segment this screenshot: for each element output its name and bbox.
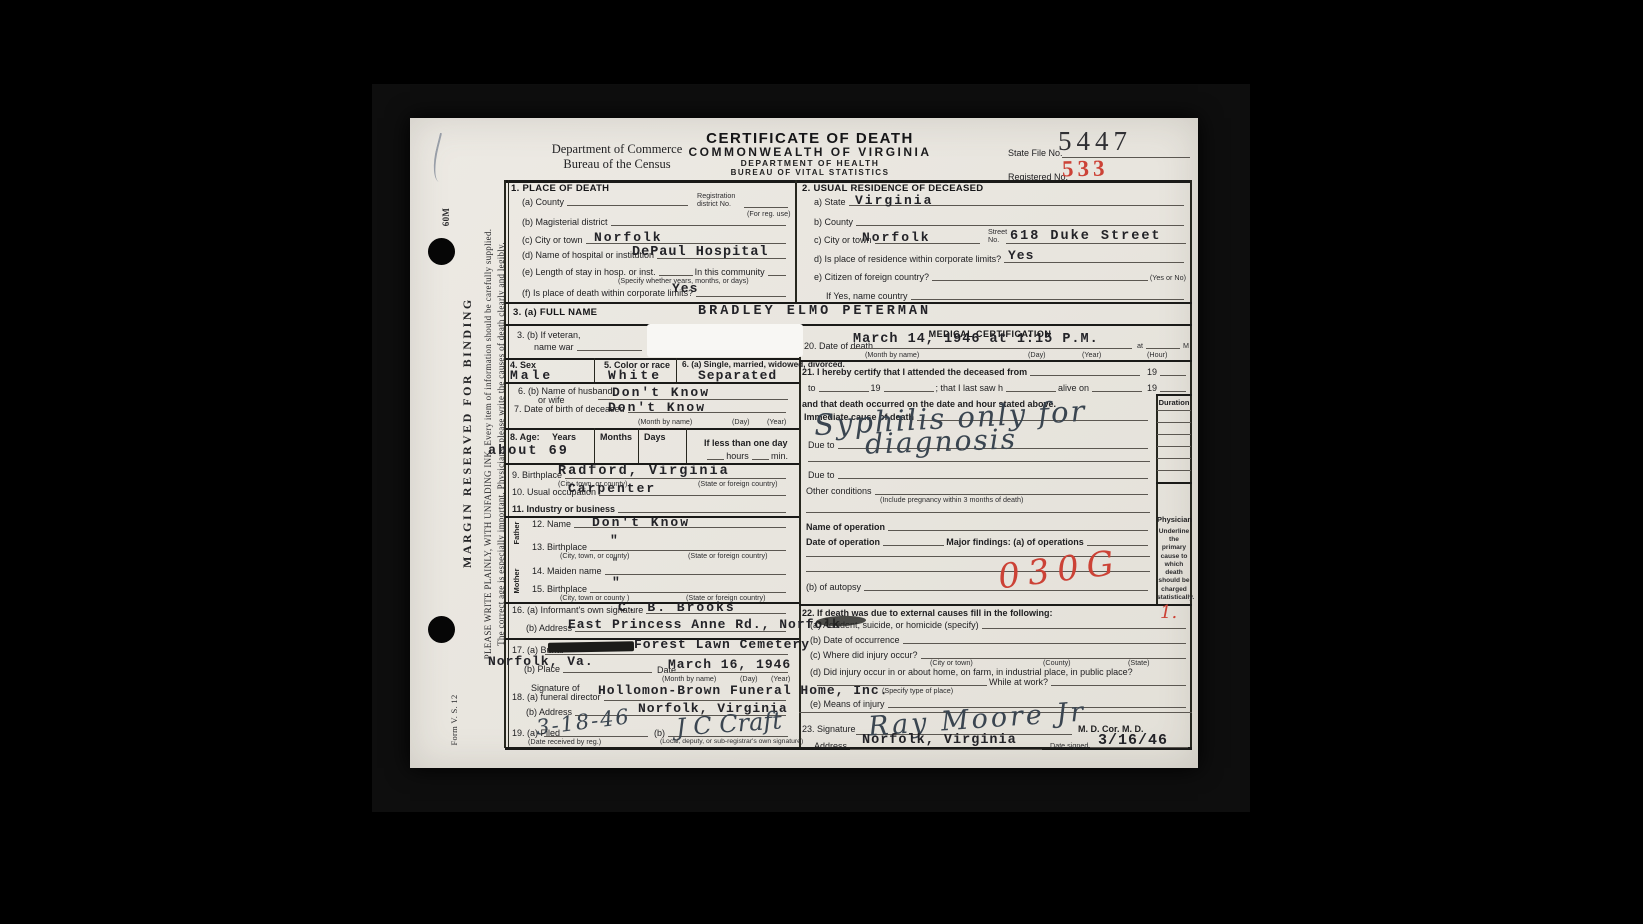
rule-line — [817, 677, 987, 686]
certify-to: to — [808, 383, 816, 393]
veteran-label-2: name war — [534, 342, 574, 352]
punch-hole-top — [428, 238, 455, 265]
screenshot: 60M MARGIN RESERVED FOR BINDING PLEASE W… — [0, 0, 1643, 924]
filed-b-label: (b) — [654, 728, 665, 738]
rule-line — [744, 207, 788, 208]
sex-value: Male — [510, 369, 553, 382]
residence-limits-label: d) Is place of residence within corporat… — [814, 254, 1001, 264]
rule-line — [707, 451, 724, 460]
certify-line-1: 21. I hereby certify that I attended the… — [802, 367, 1027, 377]
birthdate-note-day: (Day) — [732, 418, 750, 426]
rule-line — [932, 272, 1148, 281]
burial-date-value: March 16, 1946 — [668, 658, 791, 671]
rule-line — [768, 267, 786, 276]
rule-line — [611, 217, 786, 226]
fullname-label: 3. (a) FULL NAME — [513, 308, 597, 318]
city-town-value: Norfolk — [594, 231, 663, 244]
if-yes-label: If Yes, name country — [826, 291, 908, 301]
injury-note-county: (County) — [1043, 659, 1071, 667]
birthdate-value: Don't Know — [608, 401, 706, 414]
filed-note: (Date received by reg.) — [528, 738, 601, 746]
redaction-white-box — [647, 324, 803, 357]
rule-line — [888, 522, 1148, 531]
rule-line — [594, 358, 595, 382]
age-value: about 69 — [488, 445, 569, 459]
informant-value: C. B. Brooks — [618, 601, 736, 614]
rule-line — [884, 383, 934, 392]
rule-line — [594, 428, 595, 463]
death-note-hour: (Hour) — [1147, 351, 1167, 359]
physician-signature-label: 23. Signature — [802, 724, 856, 734]
registered-number-stamp: 533 — [1062, 156, 1109, 183]
rule-line — [505, 382, 799, 384]
county-label: (a) County — [522, 197, 564, 207]
city-town-label: (c) City or town — [522, 235, 583, 245]
operation-label: Name of operation — [806, 522, 885, 532]
autopsy-label: (b) of autopsy — [806, 582, 861, 592]
rule-line — [799, 360, 1192, 362]
occurrence-date-label: (b) Date of occurrence — [810, 635, 900, 645]
rule-line — [799, 604, 1192, 606]
injury-where-label: (c) Where did injury occur? — [810, 650, 918, 660]
rule-line — [659, 267, 693, 276]
due-to-label: Due to — [808, 440, 835, 450]
rule-line — [676, 358, 677, 382]
age-years-label: Years — [552, 432, 576, 442]
punch-hole-bottom — [428, 616, 455, 643]
burial-value: Forest Lawn Cemetery — [634, 638, 810, 651]
rule-line — [819, 383, 869, 392]
year-19: 19 — [1147, 367, 1157, 377]
age-label: 8. Age: — [510, 432, 540, 442]
burial-place-label: (b) Place — [524, 664, 560, 674]
rule-line — [806, 512, 1150, 513]
rule-line — [590, 542, 786, 551]
residence-state-value: Virginia — [855, 194, 933, 207]
fullname-value: BRADLEY ELMO PETERMAN — [698, 305, 931, 319]
father-side-label: Father — [512, 518, 521, 548]
death-note-year: (Year) — [1082, 351, 1101, 359]
corporate-limits-value: Yes — [672, 282, 698, 295]
findings-label: Major findings: (a) of operations — [946, 537, 1084, 547]
certificate-page: 60M MARGIN RESERVED FOR BINDING PLEASE W… — [410, 118, 1198, 768]
print-code: 60M — [442, 202, 451, 232]
physician-note: Underline the primary cause to which dea… — [1157, 528, 1191, 602]
other-conditions-label: Other conditions — [806, 486, 872, 496]
hours-label: hours — [726, 451, 749, 461]
rule-line — [1051, 677, 1186, 686]
rule-line — [1092, 383, 1142, 392]
section1-heading: 1. PLACE OF DEATH — [511, 184, 609, 194]
form-number: Form V. S. 12 — [450, 688, 459, 752]
rule-line — [563, 664, 652, 673]
injury-note-city: (City or town) — [930, 659, 973, 667]
physician-address-label: Address — [814, 741, 847, 751]
min-label: min. — [771, 451, 788, 461]
bureau-vital-line: BUREAU OF VITAL STATISTICS — [660, 168, 960, 177]
injury-note-state: (State) — [1128, 659, 1150, 667]
rule-line — [1146, 348, 1180, 349]
certify-last-saw: ; that I last saw h — [936, 383, 1004, 393]
pregnancy-note: (Include pregnancy within 3 months of de… — [880, 496, 1023, 504]
rule-line — [1157, 434, 1191, 435]
rule-line — [1156, 482, 1192, 484]
citizen-label: e) Citizen of foreign country? — [814, 272, 929, 282]
birthplace-label: 9. Birthplace — [512, 470, 562, 480]
dept-health-line: DEPARTMENT OF HEALTH — [660, 158, 960, 168]
cause-handwriting-2: diagnosis — [865, 425, 1018, 458]
state-file-number: 5447 — [1058, 126, 1132, 157]
injury-place-label: (d) Did injury occur in or about home, o… — [810, 667, 1133, 677]
year-19: 19 — [871, 383, 881, 393]
rule-line — [1157, 446, 1191, 447]
informant-address-label: (b) Address — [526, 623, 572, 633]
rule-line — [850, 348, 1132, 349]
rule-line — [1006, 383, 1056, 392]
rule-line — [565, 470, 786, 479]
rule-line — [638, 428, 639, 463]
burial-note-month: (Month by name) — [662, 675, 716, 683]
rule-line — [618, 504, 786, 513]
mother-maiden-label: 14. Maiden name — [532, 566, 602, 576]
rule-line — [875, 486, 1148, 495]
commonwealth-line: COMMONWEALTH OF VIRGINIA — [660, 145, 960, 159]
rule-line — [1157, 422, 1191, 423]
residence-city-value: Norfolk — [862, 231, 931, 244]
corporate-limits-label: (f) Is place of death within corporate l… — [522, 288, 693, 298]
reg-district-label2: district No. — [697, 200, 731, 208]
father-birthplace-note-2: (State or foreign country) — [688, 552, 768, 560]
margin-binding-text: MARGIN RESERVED FOR BINDING — [460, 328, 475, 568]
industry-label: 11. Industry or business — [512, 504, 615, 514]
rule-line — [911, 291, 1184, 300]
occupation-value: Carpenter — [568, 482, 656, 495]
mother-side-label: Mother — [512, 566, 521, 596]
spouse-value: Don't Know — [612, 386, 710, 399]
spouse-label-1: 6. (b) Name of husband — [518, 386, 613, 396]
rule-line — [605, 566, 786, 575]
rule-line — [795, 180, 797, 302]
death-note-month: (Month by name) — [865, 351, 919, 359]
operation-date-label: Date of operation — [806, 537, 880, 547]
rule-line — [1160, 367, 1186, 376]
date-signed-label: Date signed — [1050, 742, 1088, 750]
rule-line — [752, 451, 769, 460]
rule-line — [505, 324, 1192, 326]
rule-line — [505, 428, 799, 430]
informant-address-value: East Princess Anne Rd., Norfolk — [568, 618, 841, 631]
rule-line — [1156, 394, 1192, 396]
magisterial-label: (b) Magisterial district — [522, 217, 608, 227]
less-one-day-label: If less than one day — [704, 438, 788, 448]
birthdate-note-year: (Year) — [767, 418, 786, 426]
age-months-label: Months — [600, 432, 632, 442]
race-value: White — [608, 369, 662, 382]
filed-b-note: (Local, deputy, or sub-registrar's own s… — [660, 738, 803, 745]
date-signed-value: 3/16/46 — [1098, 733, 1168, 748]
rule-line — [1157, 410, 1191, 411]
physician-address-value: Norfolk, Virginia — [862, 734, 1017, 748]
certify-alive-on: alive on — [1058, 383, 1089, 393]
strikeout-scribble — [548, 641, 634, 652]
injury-means-label: (e) Means of injury — [810, 699, 885, 709]
street-label-2: No. — [988, 236, 999, 244]
registrar-signature: J C Craft — [675, 708, 782, 739]
duration-header: Duration — [1157, 399, 1191, 408]
birthdate-note-month: (Month by name) — [638, 418, 692, 426]
year-19: 19 — [1147, 383, 1157, 393]
funeral-director-label-2: 18. (a) funeral director — [512, 692, 601, 702]
rule-line — [982, 620, 1186, 629]
death-date-value: March 14, 1946 at 1:15 P.M. — [853, 333, 1099, 347]
death-m-label: M — [1183, 342, 1189, 350]
rule-line — [567, 197, 688, 206]
rule-line — [1157, 470, 1191, 471]
while-at-work-label: While at work? — [989, 677, 1048, 687]
rule-line — [1160, 383, 1186, 392]
place-type-note: (Specify type of place) — [882, 687, 953, 695]
rule-line — [1190, 180, 1192, 748]
rule-line — [838, 470, 1148, 479]
burial-note-year: (Year) — [771, 675, 790, 683]
burial-note-day: (Day) — [740, 675, 758, 683]
yes-no-note: (Yes or No) — [1150, 274, 1186, 282]
death-at-label: at — [1137, 342, 1143, 350]
father-name-label: 12. Name — [532, 519, 571, 529]
father-name-value: Don't Know — [592, 516, 690, 529]
residence-county-label: b) County — [814, 217, 853, 227]
rule-line — [590, 584, 786, 593]
rule-line — [1157, 458, 1191, 459]
rule-line — [1030, 367, 1140, 376]
physician-label: Physician — [1157, 516, 1191, 525]
death-note-day: (Day) — [1028, 351, 1046, 359]
rule-line — [696, 288, 786, 297]
marital-value: Separated — [698, 369, 777, 382]
due-to-label: Due to — [808, 470, 835, 480]
rule-line — [808, 461, 1150, 462]
rule-line — [670, 672, 788, 673]
rule-line — [903, 635, 1186, 644]
residence-state-label: a) State — [814, 197, 846, 207]
pen-mark — [428, 133, 455, 183]
rule-line — [883, 537, 944, 546]
rule-line — [577, 342, 642, 351]
street-value: 618 Duke Street — [1010, 230, 1162, 244]
residence-limits-value: Yes — [1008, 249, 1034, 262]
rule-line — [686, 428, 687, 463]
age-days-label: Days — [644, 432, 666, 442]
state-file-label: State File No. — [1008, 148, 1063, 158]
rule-line — [856, 217, 1184, 226]
veteran-label-1: 3. (b) If veteran, — [517, 330, 581, 340]
hospital-value: DePaul Hospital — [632, 246, 769, 260]
